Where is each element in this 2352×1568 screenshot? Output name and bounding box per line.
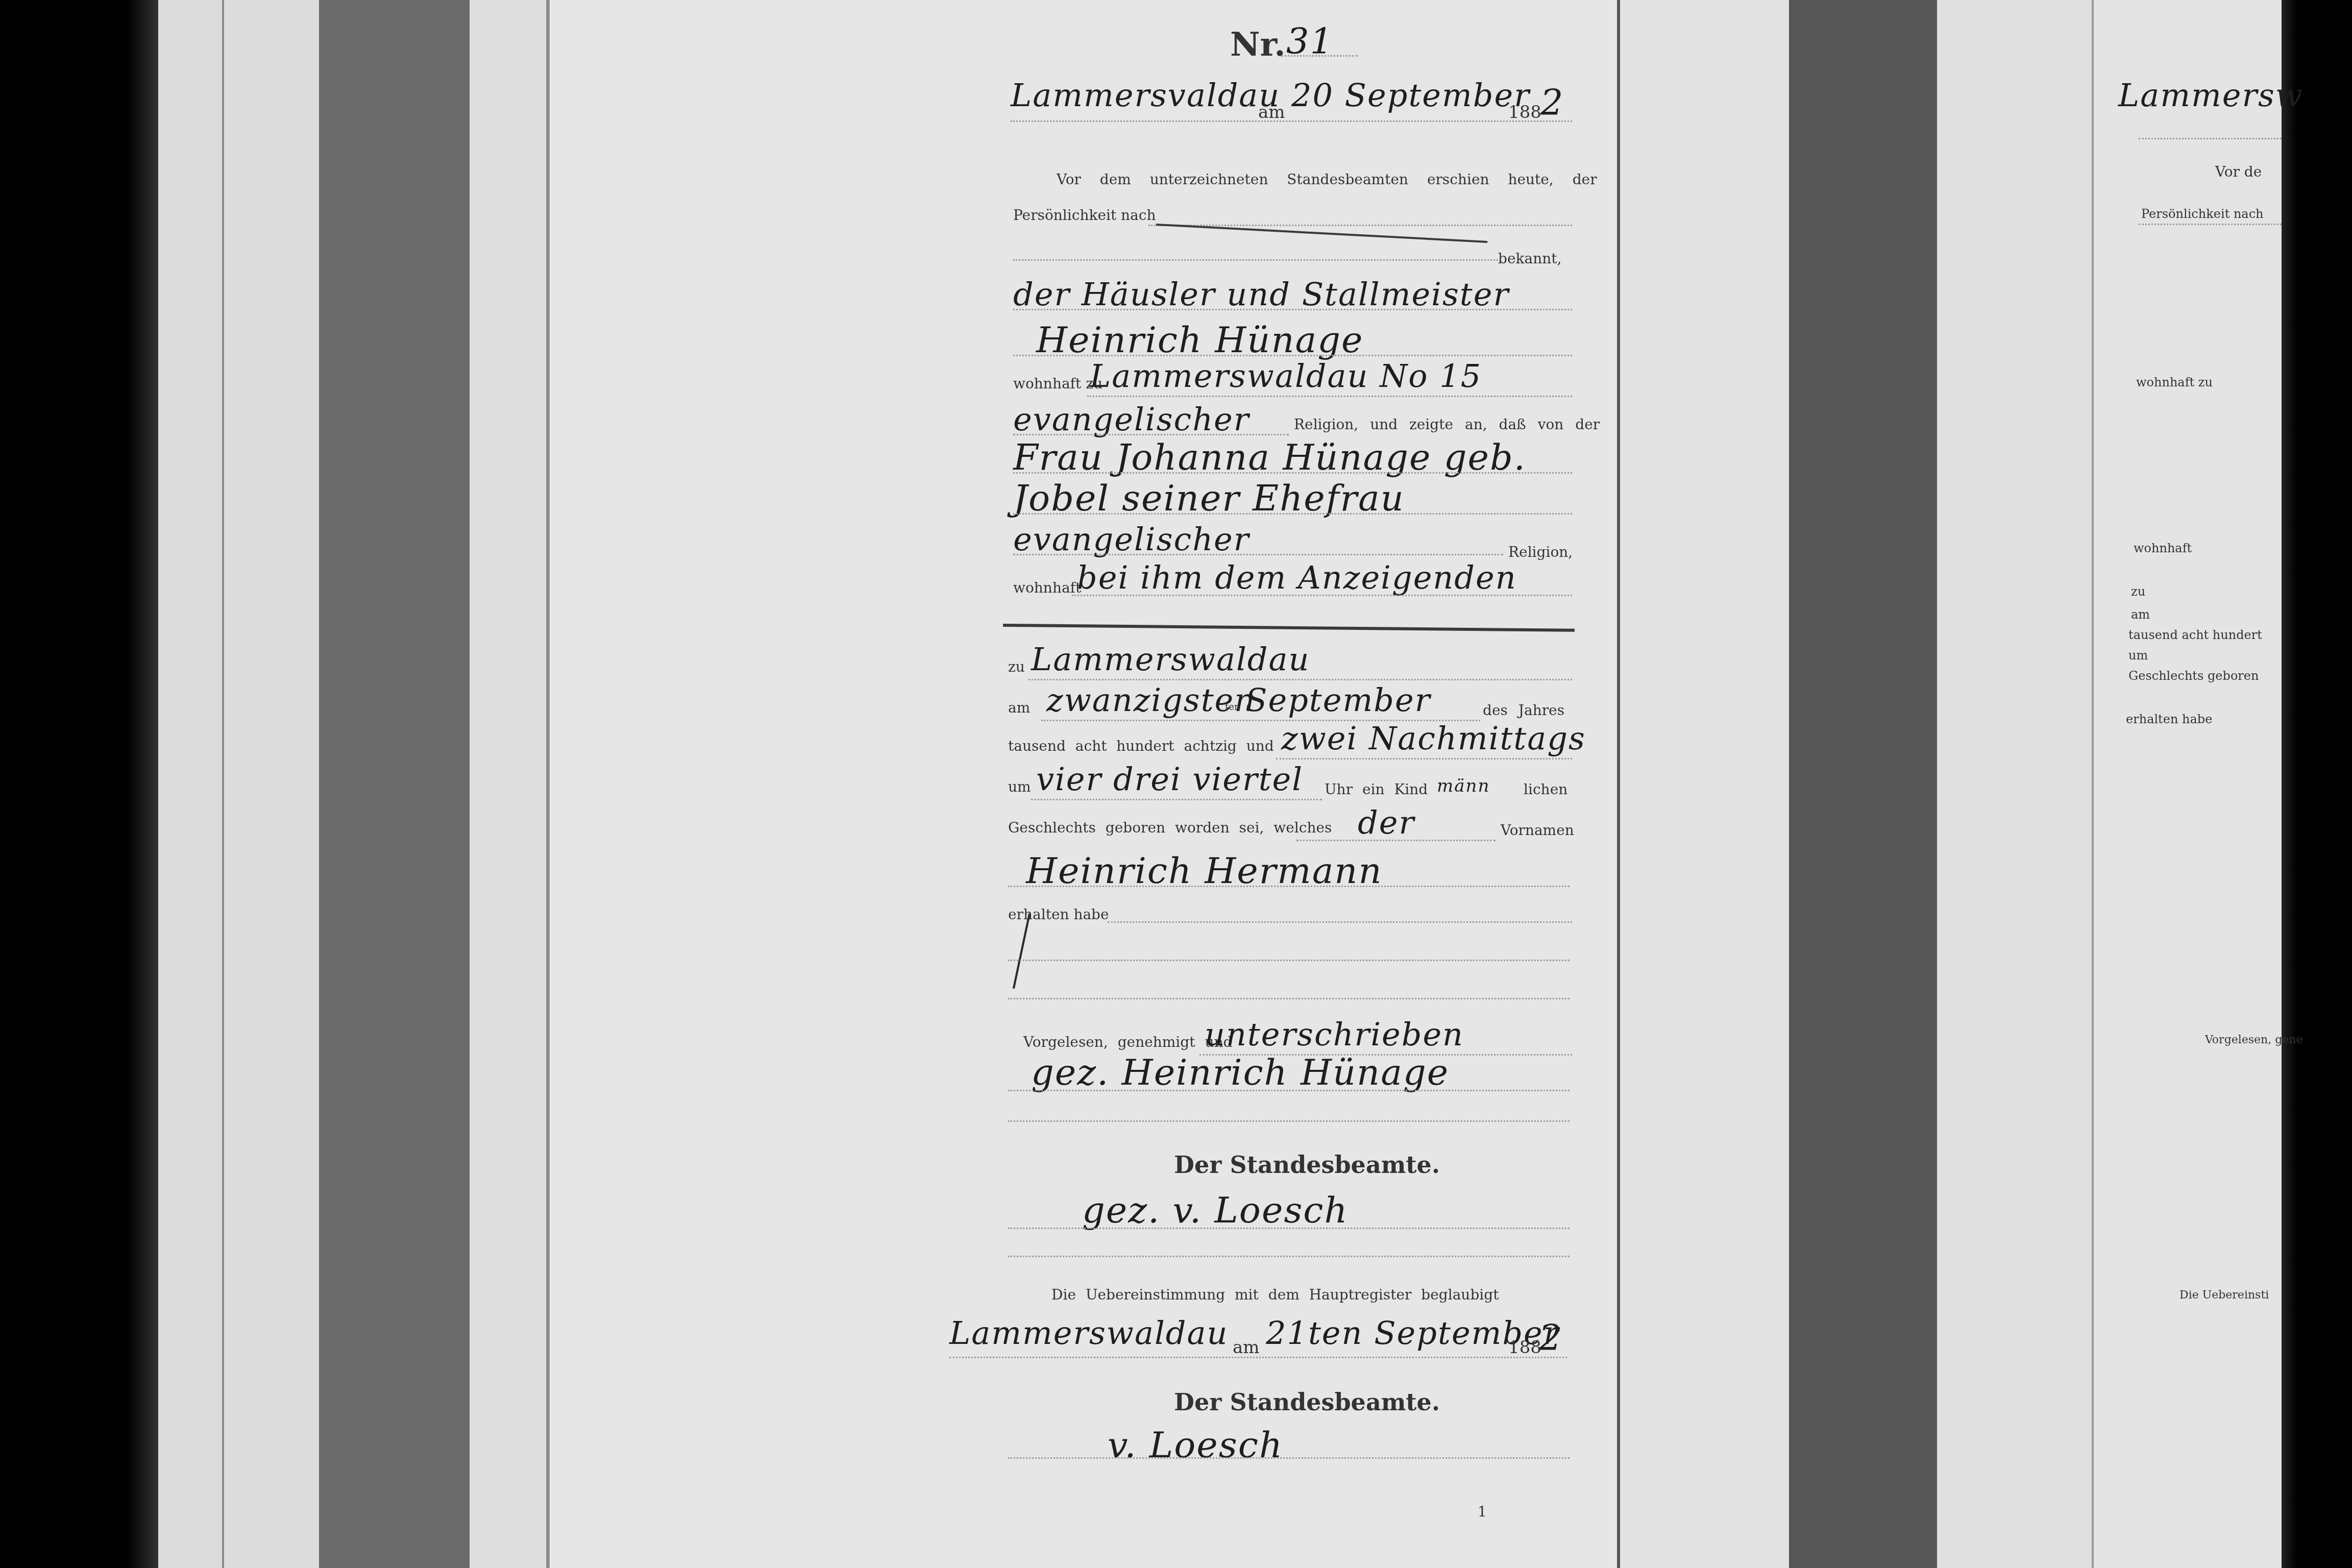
- mother-religion-label: Religion,: [1508, 544, 1573, 560]
- line: [1008, 1457, 1570, 1459]
- given-names-label: Vornamen: [1501, 822, 1574, 839]
- adjacent-year-text: tausend acht hundert: [2128, 628, 2262, 642]
- adjacent-residence-label-2: wohnhaft: [2134, 541, 2192, 555]
- line: [1028, 679, 1572, 680]
- child-sex-suffix: lichen: [1524, 781, 1567, 798]
- article-value: der: [1358, 804, 1415, 841]
- adjacent-read-fragment: Vorgelesen, gene: [2205, 1034, 2303, 1046]
- informant-signature: gez. Heinrich Hünage: [1031, 1051, 1449, 1093]
- year-text: tausend acht hundert achtzig und: [1008, 738, 1274, 754]
- left-page-edge: [158, 0, 319, 1568]
- intro-line-1: Vor dem unterzeichneten Standesbeamten e…: [1057, 171, 1597, 188]
- line: [1008, 1256, 1570, 1257]
- line: [1013, 472, 1572, 474]
- line: [1008, 960, 1570, 961]
- adjacent-residence-label: wohnhaft zu: [2136, 375, 2213, 389]
- page-edge-line: [546, 0, 548, 1568]
- right-vignette: [2282, 0, 2352, 1568]
- informant-religion: evangelischer: [1013, 401, 1249, 438]
- header-place: Lammersvaldau: [1011, 77, 1280, 114]
- right-gray-band: [1789, 0, 1937, 1568]
- header-am: am: [1258, 102, 1285, 122]
- adjacent-intro-fragment: Vor de: [2215, 163, 2262, 180]
- adjacent-persoenlichkeit: Persönlichkeit nach: [2141, 207, 2264, 221]
- mother-residence-label: wohnhaft: [1013, 579, 1081, 596]
- record-number-label: Nr.: [1230, 26, 1286, 64]
- line: [1013, 355, 1572, 356]
- birth-day-value: zwanzigsten: [1046, 681, 1256, 719]
- line: [1008, 886, 1570, 887]
- line: [1013, 554, 1503, 555]
- line: [1296, 840, 1496, 841]
- line: [1008, 1228, 1570, 1229]
- child-sex-value: männ: [1437, 776, 1490, 796]
- line: [1013, 513, 1572, 514]
- header-year-suffix: 2: [1540, 82, 1564, 124]
- header-line: [1011, 120, 1572, 122]
- residence-label: wohnhaft zu: [1013, 375, 1102, 392]
- left-gray-band: [319, 0, 470, 1568]
- line: [1087, 396, 1572, 397]
- adjacent-um-label: um: [2128, 648, 2148, 663]
- number-underline: [1281, 55, 1358, 57]
- birth-month-value: September: [1245, 681, 1431, 719]
- residence-value: Lammerswaldau No 15: [1090, 357, 1482, 395]
- line: [1108, 921, 1572, 923]
- line: [1276, 758, 1572, 759]
- gutter-paper: [1620, 0, 1789, 1568]
- adjacent-received-fragment: erhalten habe: [2126, 712, 2212, 726]
- read-value: unterschrieben: [1205, 1016, 1464, 1053]
- informant-occupation: der Häusler und Stallmeister: [1013, 276, 1509, 313]
- line: [1072, 595, 1572, 596]
- left-vignette: [0, 0, 158, 1568]
- birth-month-prefix: ten: [1225, 702, 1240, 713]
- intro-line-2-label: Persönlichkeit nach: [1013, 207, 1156, 224]
- left-paper-strip: [470, 0, 549, 1568]
- registrar-signature: gez. v. Loesch: [1082, 1189, 1349, 1231]
- adjacent-register-page: [2094, 0, 2287, 1568]
- line: [1013, 434, 1289, 435]
- right-paper-strip: [1937, 0, 2093, 1568]
- time-value: vier drei viertel: [1036, 761, 1303, 798]
- registrar-signature-2: v. Loesch: [1108, 1424, 1283, 1466]
- adjacent-am-label: am: [2131, 607, 2150, 622]
- birth-place-value: Lammerswaldau: [1031, 641, 1310, 678]
- line: [949, 1357, 1567, 1358]
- cert-am: am: [1233, 1337, 1260, 1358]
- cert-place: Lammerswaldau: [949, 1314, 1228, 1352]
- mother-religion: evangelischer: [1013, 521, 1249, 558]
- persoenlichkeit-line: [1148, 225, 1572, 226]
- certification-text: Die Uebereinstimmung mit dem Hauptregist…: [1051, 1286, 1499, 1303]
- line: [1008, 1090, 1570, 1091]
- child-label: Uhr ein Kind: [1325, 781, 1428, 798]
- registrar-title-2: Der Standesbeamte.: [1174, 1388, 1440, 1416]
- header-year-prefix: 188: [1508, 102, 1541, 122]
- adjacent-sex-fragment: Geschlechts geboren: [2128, 669, 2259, 683]
- known-suffix: bekannt,: [1498, 250, 1561, 267]
- line: [1031, 799, 1322, 800]
- cert-year-prefix: 188: [1508, 1337, 1541, 1358]
- time-label: um: [1008, 778, 1031, 795]
- mother-residence-value: bei ihm dem Anzeigenden: [1077, 559, 1517, 596]
- religion-text: Religion, und zeigte an, daß von der: [1294, 416, 1600, 433]
- page-edge-line: [222, 0, 224, 1568]
- adjacent-line: [2139, 138, 2282, 139]
- adjacent-line: [2139, 224, 2282, 225]
- read-label: Vorgelesen, genehmigt und: [1023, 1034, 1232, 1050]
- sex-label: Geschlechts geboren worden sei, welches: [1008, 819, 1332, 836]
- page-number: 1: [1478, 1503, 1487, 1520]
- blank-line: [1013, 259, 1498, 261]
- birth-year-label: des Jahres: [1483, 702, 1564, 719]
- line: [1008, 998, 1570, 999]
- received-label: erhalten habe: [1008, 906, 1109, 923]
- birth-date-label: am: [1008, 699, 1030, 716]
- adjacent-cert-fragment: Die Uebereinsti: [2179, 1289, 2269, 1302]
- adjacent-header-fragment: Lammersw: [2118, 77, 2304, 114]
- header-date: 20 September: [1291, 77, 1530, 114]
- year-value: zwei Nachmittags: [1281, 720, 1586, 757]
- line: [1013, 309, 1572, 310]
- birth-place-label: zu: [1008, 658, 1025, 675]
- cert-year-suffix: 2: [1539, 1317, 1563, 1359]
- registrar-title: Der Standesbeamte.: [1174, 1151, 1440, 1179]
- line: [1008, 1120, 1570, 1122]
- adjacent-zu-label: zu: [2131, 584, 2145, 599]
